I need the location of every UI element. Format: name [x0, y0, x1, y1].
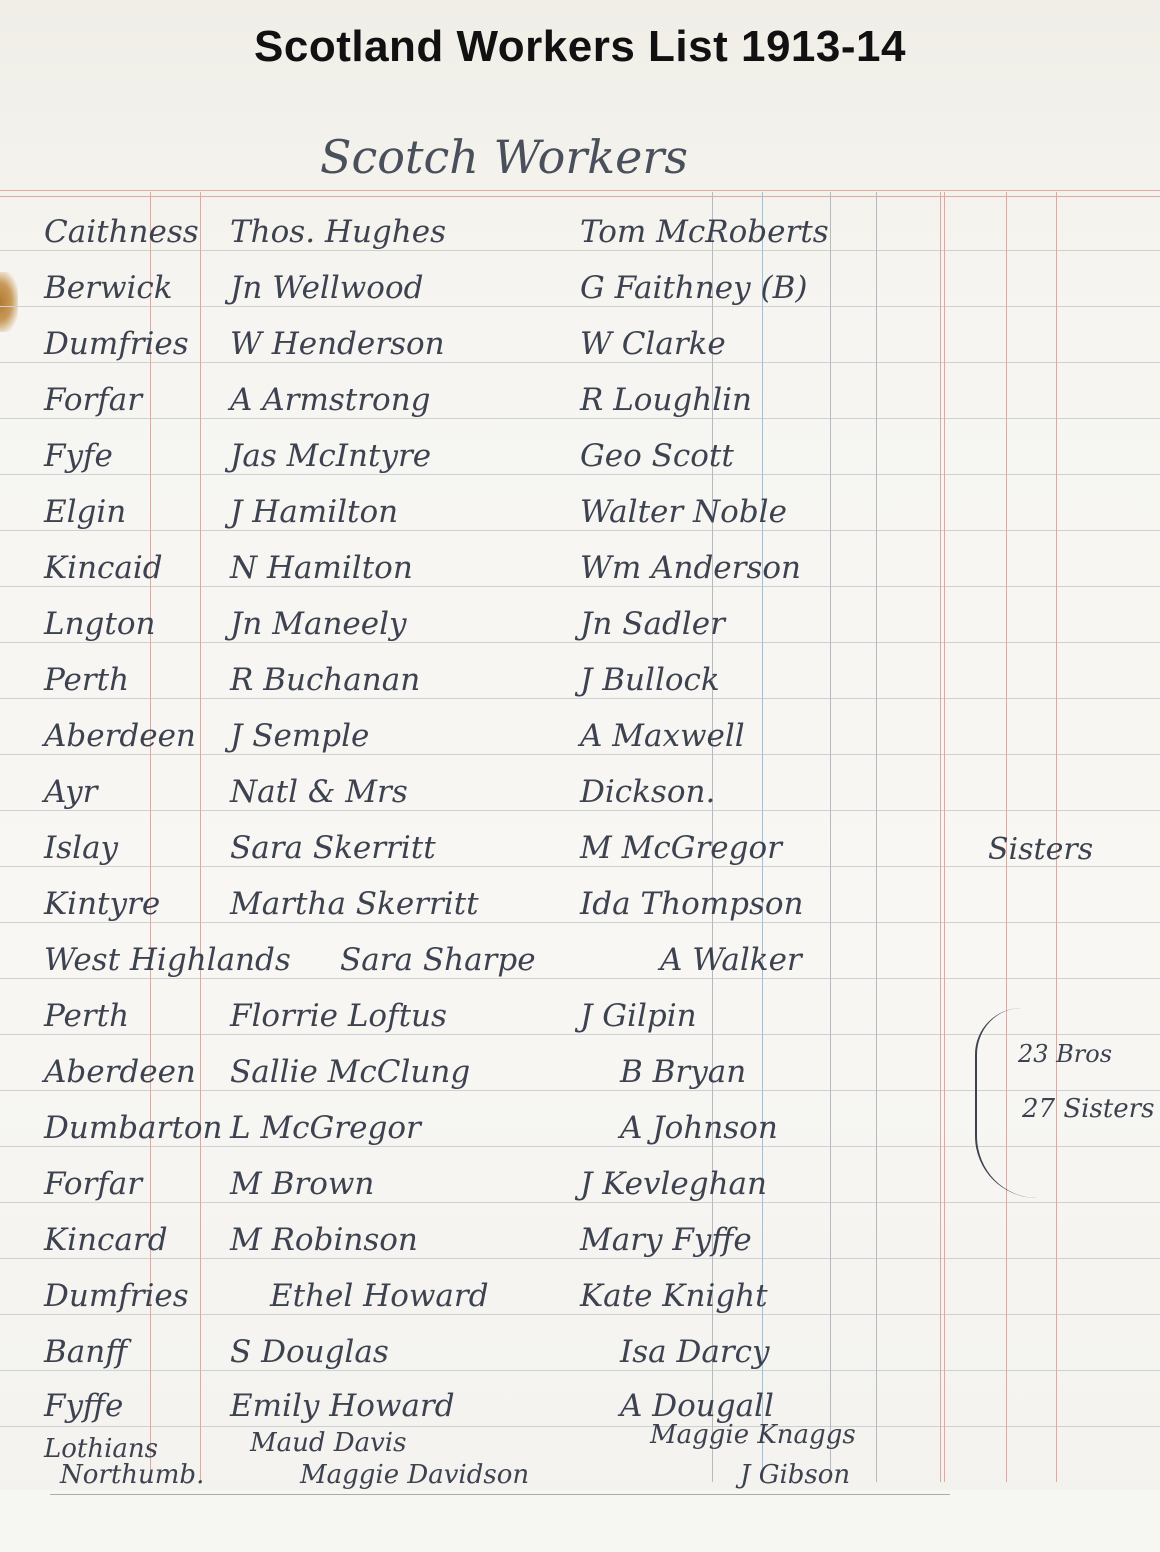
worker-cell: A Dougall [620, 1388, 774, 1424]
worker-cell: Kate Knight [580, 1278, 768, 1314]
page-bottom-edge [0, 1490, 1160, 1552]
table-row: KintyreMartha SkerrittIda Thompson [0, 878, 1160, 934]
table-row: LngtonJn ManeelyJn Sadler [0, 598, 1160, 654]
worker-cell: J Semple [230, 718, 369, 754]
worker-cell: M Brown [230, 1166, 374, 1202]
worker-cell: A Maxwell [580, 718, 745, 754]
region-cell: Lngton [44, 606, 155, 642]
worker-cell: B Bryan [620, 1054, 746, 1090]
worker-cell: J Gilpin [580, 998, 697, 1034]
table-row: FyfeJas McIntyreGeo Scott [0, 430, 1160, 486]
worker-cell: Wm Anderson [580, 550, 801, 586]
worker-cell: Walter Noble [580, 494, 787, 530]
ledger-page: Scotland Workers List 1913-14 Scotch Wor… [0, 0, 1160, 1552]
table-row: AberdeenJ SempleA Maxwell [0, 710, 1160, 766]
header-rule [0, 190, 1160, 197]
region-cell: Fyfe [44, 438, 113, 474]
worker-cell: Sara Skerritt [230, 830, 436, 866]
worker-cell: Sallie McClung [230, 1054, 470, 1090]
region-cell: West Highlands [44, 942, 291, 978]
worker-cell: Dickson. [580, 774, 715, 810]
worker-cell: L McGregor [230, 1110, 421, 1146]
handwritten-heading: Scotch Workers [320, 130, 688, 184]
region-cell: Perth [44, 662, 129, 698]
worker-cell: J Bullock [580, 662, 720, 698]
region-cell: Kincard [44, 1222, 168, 1258]
table-row: West HighlandsSara SharpeA Walker [0, 934, 1160, 990]
worker-cell: J Kevleghan [580, 1166, 767, 1202]
worker-cell: M McGregor [580, 830, 782, 866]
region-cell: Dumfries [44, 326, 189, 362]
region-cell: Kintyre [44, 886, 160, 922]
worker-cell: J Hamilton [230, 494, 398, 530]
worker-cell: Tom McRoberts [580, 214, 829, 250]
worker-cell: Sara Sharpe [340, 942, 536, 978]
worker-cell: Jn Sadler [580, 606, 725, 642]
worker-cell: Maggie Davidson [300, 1460, 529, 1490]
table-row: DumfriesEthel HowardKate Knight [0, 1270, 1160, 1326]
worker-cell: Emily Howard [230, 1388, 455, 1424]
worker-cell: W Clarke [580, 326, 726, 362]
worker-cell: Ethel Howard [270, 1278, 489, 1314]
region-cell: Caithness [44, 214, 199, 250]
region-cell: Aberdeen [44, 718, 196, 754]
worker-cell: Ida Thompson [580, 886, 804, 922]
margin-note-sisters: Sisters [988, 832, 1093, 867]
worker-cell: N Hamilton [230, 550, 413, 586]
table-row: CaithnessThos. HughesTom McRoberts [0, 206, 1160, 262]
page-title: Scotland Workers List 1913-14 [0, 22, 1160, 72]
table-row: ElginJ HamiltonWalter Noble [0, 486, 1160, 542]
region-cell: Perth [44, 998, 129, 1034]
region-cell: Dumfries [44, 1278, 189, 1314]
worker-cell: Natl & Mrs [230, 774, 408, 810]
worker-cell: Isa Darcy [620, 1334, 770, 1370]
worker-cell: R Buchanan [230, 662, 420, 698]
region-cell: Islay [44, 830, 118, 866]
worker-cell: A Armstrong [230, 382, 431, 418]
worker-cell: S Douglas [230, 1334, 389, 1370]
table-row: PerthR BuchananJ Bullock [0, 654, 1160, 710]
worker-cell: Florrie Loftus [230, 998, 447, 1034]
worker-cell: J Gibson [740, 1460, 850, 1490]
table-row: KincardM RobinsonMary Fyffe [0, 1214, 1160, 1270]
worker-cell: Martha Skerritt [230, 886, 479, 922]
region-cell: Berwick [44, 270, 173, 306]
worker-cell: W Henderson [230, 326, 445, 362]
table-row: DumfriesW HendersonW Clarke [0, 318, 1160, 374]
region-cell: Kincaid [44, 550, 163, 586]
table-row: AyrNatl & MrsDickson. [0, 766, 1160, 822]
region-cell: Fyffe [44, 1388, 123, 1424]
region-cell: Forfar [44, 382, 142, 418]
worker-cell: R Loughlin [580, 382, 752, 418]
table-row: KincaidN HamiltonWm Anderson [0, 542, 1160, 598]
worker-cell: Mary Fyffe [580, 1222, 752, 1258]
worker-cell: Jn Wellwood [230, 270, 423, 306]
region-cell: Northumb. [60, 1460, 204, 1490]
worker-cell: Jas McIntyre [230, 438, 431, 474]
worker-cell: G Faithney (B) [580, 270, 808, 306]
table-row: BanffS DouglasIsa Darcy [0, 1326, 1160, 1382]
region-cell: Ayr [44, 774, 97, 810]
table-row: IslaySara SkerrittM McGregor [0, 822, 1160, 878]
region-cell: Aberdeen [44, 1054, 196, 1090]
worker-cell: Maggie Knaggs [650, 1420, 856, 1450]
worker-cell: Thos. Hughes [230, 214, 446, 250]
worker-cell: Jn Maneely [230, 606, 407, 642]
bottom-rule [50, 1494, 950, 1495]
region-cell: Banff [44, 1334, 127, 1370]
region-cell: Dumbarton [44, 1110, 222, 1146]
worker-cell: Geo Scott [580, 438, 734, 474]
worker-cell: M Robinson [230, 1222, 418, 1258]
margin-note-bros-count: 23 Bros [1018, 1040, 1112, 1068]
table-row: ForfarA ArmstrongR Loughlin [0, 374, 1160, 430]
table-row: BerwickJn WellwoodG Faithney (B) [0, 262, 1160, 318]
region-cell: Forfar [44, 1166, 142, 1202]
worker-cell: A Walker [660, 942, 802, 978]
worker-cell: A Johnson [620, 1110, 778, 1146]
region-cell: Elgin [44, 494, 126, 530]
margin-note-sisters-count: 27 Sisters [1022, 1094, 1154, 1124]
